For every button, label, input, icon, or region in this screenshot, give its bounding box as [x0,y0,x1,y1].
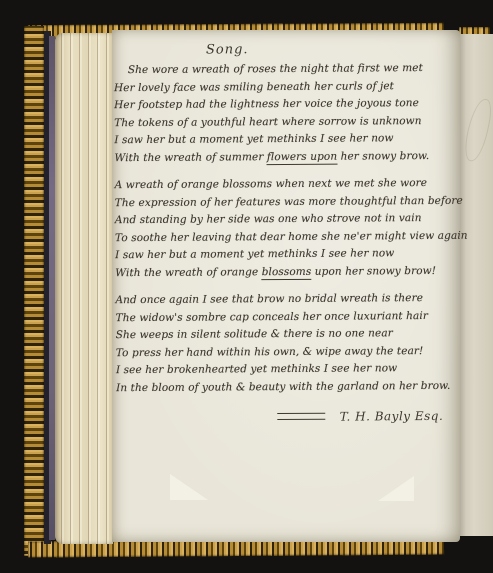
stanza-1: She wore a wreath of roses the night tha… [114,60,454,167]
poem-line: With the wreath of summer flowers upon h… [114,147,453,167]
poem-line: With the wreath of orange blossoms upon … [115,262,454,282]
poem-line: To soothe her leaving that dear home she… [115,227,454,247]
poem-line: To press her hand within his own, & wipe… [116,342,455,362]
underlined-phrase: flowers upon [267,150,337,164]
gilt-border-left [24,26,44,556]
mount-corner-show-through-right [378,476,414,501]
line-text: upon her snowy brow! [311,264,436,277]
line-text: In the bloom of youth & beauty with the … [116,379,450,393]
stanza-3: And once again I see that brow no bridal… [115,290,455,397]
author-signature: T. H. Bayly Esq. [340,409,444,424]
poem-line: The widow's sombre cap conceals her once… [116,307,455,327]
poem-line: And once again I see that brow no bridal… [115,290,454,310]
manuscript-page: Song. She wore a wreath of roses the nig… [112,30,460,542]
poem-text: Song. She wore a wreath of roses the nig… [114,41,456,425]
poem-line: The tokens of a youthful heart where sor… [114,112,453,132]
mount-corner-show-through-left [170,474,208,500]
signature-flourish [278,412,326,419]
poem-line: A wreath of orange blossoms when next we… [115,175,454,195]
signature-row: T. H. Bayly Esq. [116,409,455,425]
poem-line: Her footstep had the lightness her voice… [114,95,453,115]
poem-line: And standing by her side was one who str… [115,210,454,230]
line-text: her snowy brow. [337,149,429,162]
poem-line: In the bloom of youth & beauty with the … [116,377,455,397]
underlined-phrase: blossoms [262,265,312,279]
line-text: With the wreath of summer [114,151,266,164]
line-text: With the wreath of orange [115,266,261,279]
page-edge-stack [55,33,113,544]
poem-line: She wore a wreath of roses the night tha… [114,60,453,80]
stanza-2: A wreath of orange blossoms when next we… [115,175,455,282]
poem-title: Song. [114,42,341,59]
photograph-background: Song. She wore a wreath of roses the nig… [0,0,493,573]
